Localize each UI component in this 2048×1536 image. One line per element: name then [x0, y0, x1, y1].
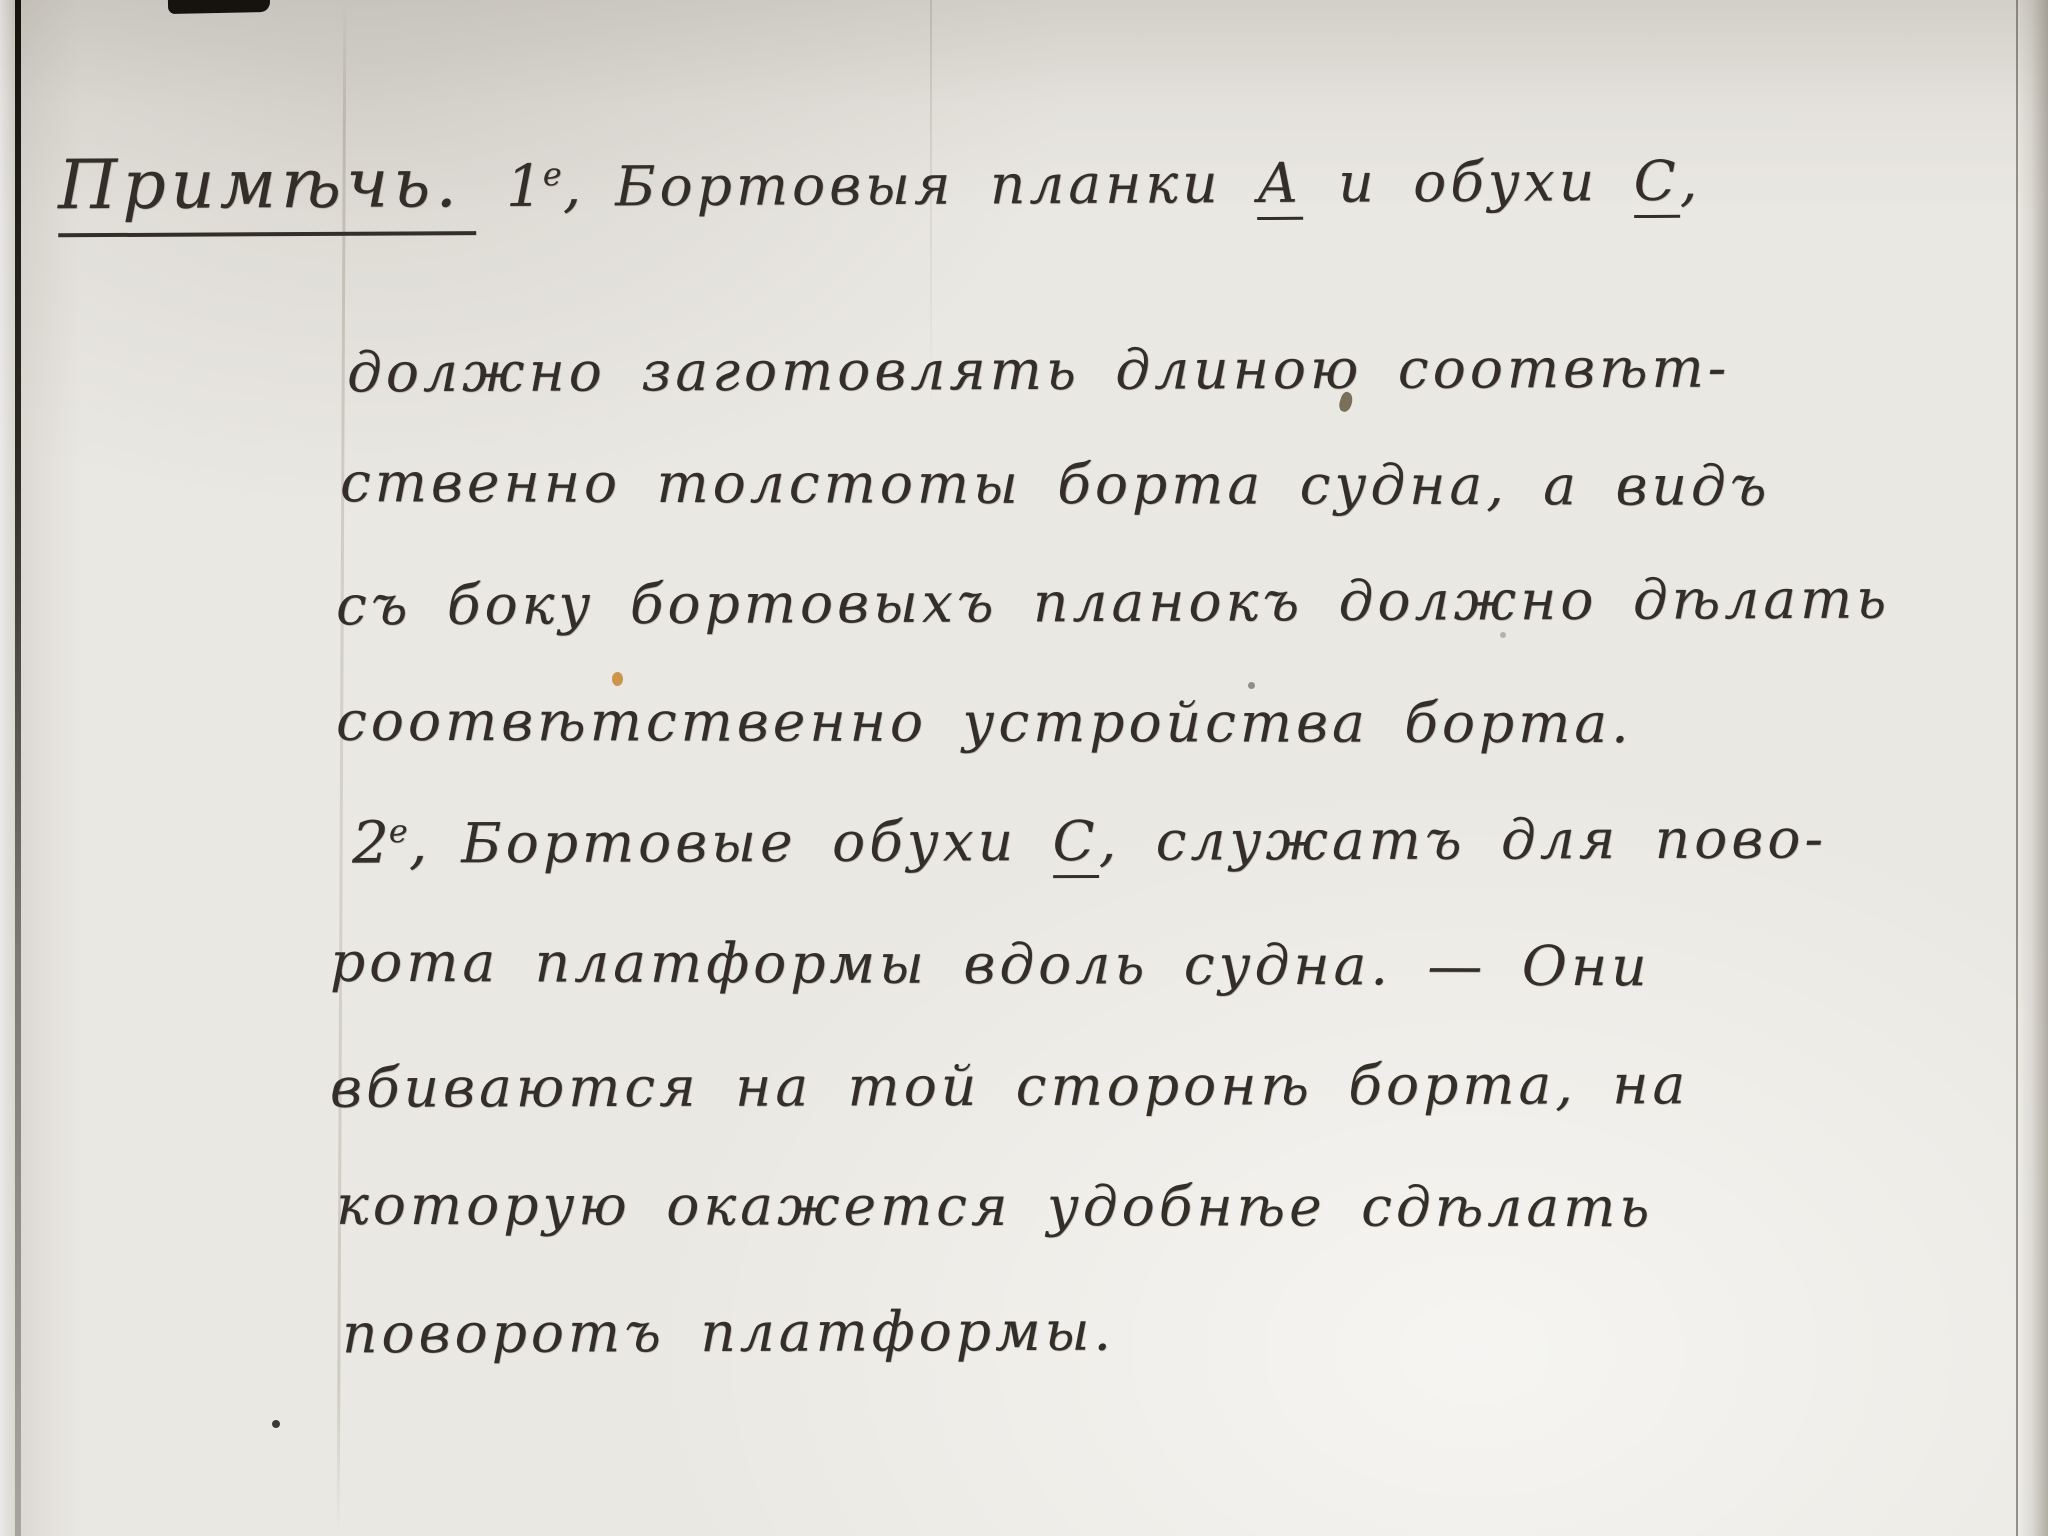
manuscript-line-8: вбиваются на той сторонѣ борта, на — [330, 1052, 1689, 1120]
manuscript-line-9: которую окажется удобнѣе сдѣлать — [336, 1173, 1653, 1239]
manuscript-line-4: съ боку бортовыхъ планокъ должно дѣлать — [336, 567, 1890, 638]
item1-line1-text: Бортовыя планки А и обухи С, — [615, 149, 1701, 219]
item2-number-ordinal: е — [389, 812, 409, 850]
paper-speck — [1500, 632, 1506, 638]
item1-number-ordinal: е — [543, 155, 563, 193]
scan-top-corner-mark — [168, 0, 270, 14]
manuscript-line-3: ственно толстоты борта судна, а видъ — [340, 450, 1771, 518]
text-segment: , служатъ для пово- — [1099, 806, 1828, 873]
label-C-underlined: С — [1633, 149, 1679, 218]
manuscript-line-5: соотвѣтственно устройства борта. — [336, 689, 1633, 755]
text-segment: Бортовыя планки — [615, 151, 1257, 218]
label-A-underlined: А — [1257, 151, 1303, 220]
text-segment: Бортовые обухи — [461, 809, 1053, 875]
item2-line1-text: Бортовые обухи С, служатъ для пово- — [461, 806, 1827, 875]
manuscript-line-10: поворотъ платформы. — [342, 1299, 1115, 1366]
foxing-stain — [612, 672, 623, 686]
item2-number-punct: , — [409, 808, 428, 876]
manuscript-line-2: должно заготовлять длиною соотвѣт- — [347, 336, 1731, 405]
scan-left-edge-line — [15, 0, 21, 1536]
manuscript-line-7: рота платформы вдоль судна. — Они — [330, 930, 1651, 999]
item1-number-punct: , — [563, 152, 582, 220]
item1-number-digit: 1 — [506, 152, 543, 220]
text-segment: , — [1680, 149, 1702, 213]
manuscript-page-scan: Примѣчь. 1е, Бортовыя планки А и обухи С… — [0, 0, 2048, 1536]
note-heading: Примѣчь. — [58, 144, 476, 237]
scan-right-edge-shadow — [2016, 0, 2048, 1536]
label-C-underlined: С — [1052, 809, 1098, 878]
item1-number: 1е, — [506, 152, 582, 220]
text-segment: и обухи — [1303, 149, 1634, 215]
item2-number-digit: 2 — [352, 808, 389, 876]
manuscript-line-6: 2е, Бортовые обухи С, служатъ для пово- — [352, 803, 1827, 876]
ink-speck — [272, 1420, 280, 1428]
ink-speck — [1248, 682, 1255, 689]
item2-number: 2е, — [352, 808, 427, 876]
scan-left-light-band — [0, 0, 15, 1536]
manuscript-line-1: Примѣчь. 1е, Бортовыя планки А и обухи С… — [58, 138, 1702, 238]
